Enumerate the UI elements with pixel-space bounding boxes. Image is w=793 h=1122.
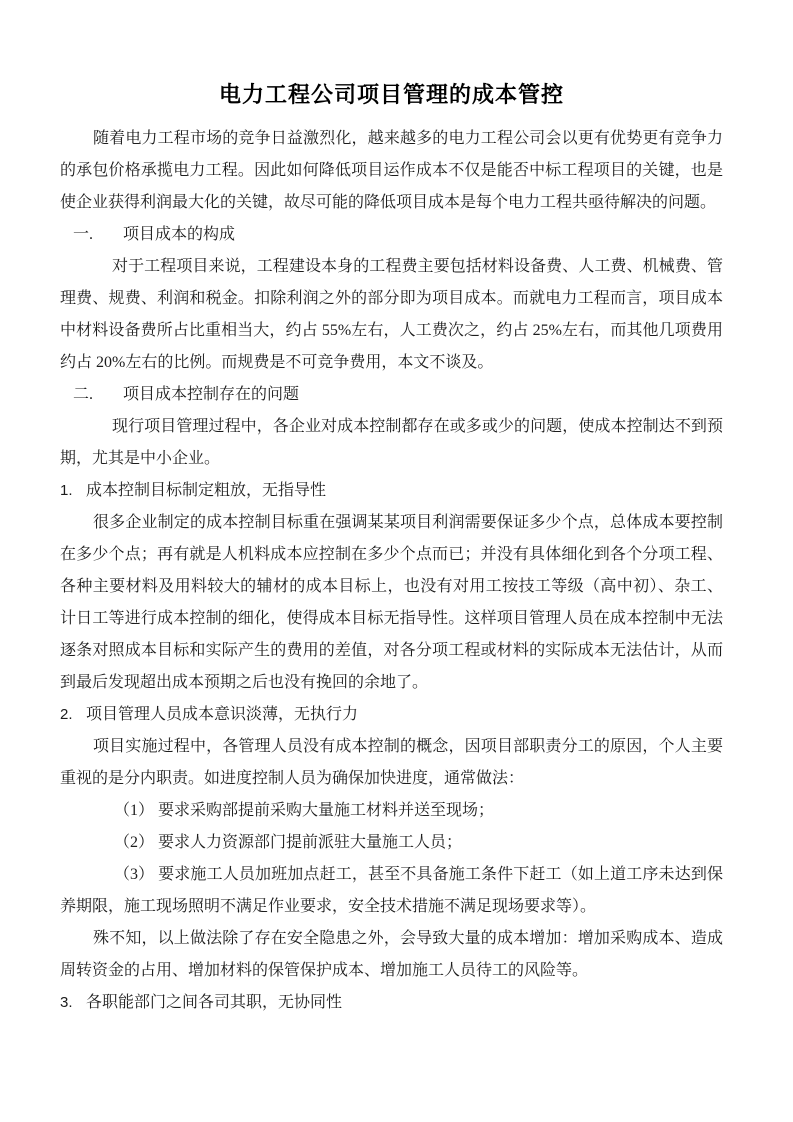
problem-2-number: 2. [60, 699, 86, 731]
sub-item-2-text: 要求人力资源部门提前派驻大量施工人员； [158, 834, 462, 851]
problem-2-conclusion: 殊不知，以上做法除了存在安全隐患之外，会导致大量的成本增加：增加采购成本、造成周… [60, 923, 723, 987]
section-2-number: 二. [73, 379, 123, 411]
sub-item-1-text: 要求采购部提前采购大量施工材料并送至现场； [158, 802, 494, 819]
problem-2-heading: 2.项目管理人员成本意识淡薄，无执行力 [60, 699, 723, 731]
sub-item-2: （2）要求人力资源部门提前派驻大量施工人员； [60, 827, 723, 859]
problem-3-heading-text: 各职能部门之间各司其职，无协同性 [86, 994, 342, 1011]
sub-item-3: （3）要求施工人员加班加点赶工，甚至不具备施工条件下赶工（如上道工序未达到保养期… [60, 859, 723, 923]
intro-paragraph: 随着电力工程市场的竞争日益激烈化，越来越多的电力工程公司会以更有优势更有竞争力的… [60, 123, 723, 219]
document-page: 电力工程公司项目管理的成本管控 随着电力工程市场的竞争日益激烈化，越来越多的电力… [0, 0, 793, 1122]
sub-item-3-text: 要求施工人员加班加点赶工，甚至不具备施工条件下赶工（如上道工序未达到保养期限，施… [60, 866, 723, 915]
document-title: 电力工程公司项目管理的成本管控 [60, 78, 723, 111]
problem-3-heading: 3.各职能部门之间各司其职，无协同性 [60, 987, 723, 1019]
section-1-heading-text: 项目成本的构成 [123, 226, 235, 243]
section-1-number: 一. [73, 219, 123, 251]
sub-item-3-number: （3） [87, 859, 158, 891]
section-2-heading: 二.项目成本控制存在的问题 [60, 379, 723, 411]
section-2-paragraph: 现行项目管理过程中，各企业对成本控制都存在或多或少的问题，使成本控制达不到预期，… [60, 411, 723, 475]
section-2-heading-text: 项目成本控制存在的问题 [123, 386, 299, 403]
problem-2-paragraph: 项目实施过程中，各管理人员没有成本控制的概念，因项目部职责分工的原因，个人主要重… [60, 731, 723, 795]
section-1-paragraph: 对于工程项目来说，工程建设本身的工程费主要包括材料设备费、人工费、机械费、管理费… [60, 251, 723, 379]
problem-1-heading: 1.成本控制目标制定粗放，无指导性 [60, 475, 723, 507]
section-1-heading: 一.项目成本的构成 [60, 219, 723, 251]
problem-1-number: 1. [60, 475, 86, 507]
problem-1-paragraph: 很多企业制定的成本控制目标重在强调某某项目利润需要保证多少个点，总体成本要控制在… [60, 507, 723, 699]
sub-item-1-number: （1） [87, 795, 158, 827]
sub-item-2-number: （2） [87, 827, 158, 859]
sub-item-1: （1）要求采购部提前采购大量施工材料并送至现场； [60, 795, 723, 827]
problem-3-number: 3. [60, 987, 86, 1019]
problem-2-heading-text: 项目管理人员成本意识淡薄，无执行力 [86, 706, 358, 723]
problem-1-heading-text: 成本控制目标制定粗放，无指导性 [86, 482, 326, 499]
